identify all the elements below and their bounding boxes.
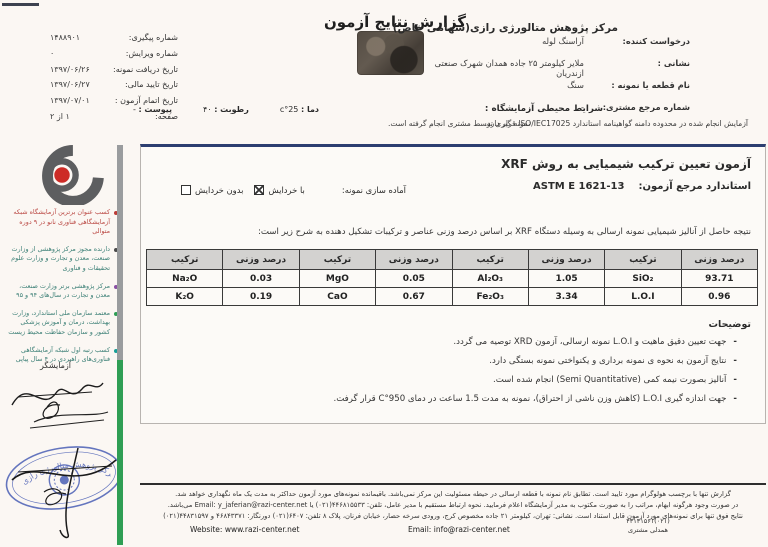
- results-header-cell: درصد وزنی: [223, 250, 299, 270]
- standard-row: استاندارد مرجع آزمون: ASTM E 1621-13: [533, 181, 751, 192]
- field-value: ۱ از ۲: [50, 112, 70, 128]
- results-header-cell: درصد وزنی: [528, 250, 604, 270]
- dash-bullet: -: [733, 337, 737, 347]
- compound-cell: Al₂O₃: [452, 270, 528, 288]
- lab-conditions-values: دما : 25°c رطوبت : ۴۰ پیوست : -: [133, 105, 319, 114]
- note-item: - نتایج آزمون به نحوه ی نمونه برداری و ی…: [177, 356, 737, 366]
- field-row: صفحه: ۱ از ۲: [50, 112, 178, 128]
- note-text: نتایج آزمون به نحوه ی نمونه برداری و یکن…: [489, 356, 726, 366]
- website-url[interactable]: www.razi-center.net: [225, 525, 300, 534]
- compound-cell: K₂O: [147, 288, 223, 306]
- weight-percent-cell: 1.05: [528, 270, 604, 288]
- field-row: تاریخ دریافت نمونه: ۱۳۹۷/۰۶/۲۶: [50, 65, 178, 81]
- attachment-field: پیوست : -: [133, 105, 172, 114]
- field-row: تاریخ تایید مالی: ۱۳۹۷/۰۶/۲۷: [50, 80, 178, 96]
- email-address[interactable]: info@razi-center.net: [434, 525, 510, 534]
- compound-cell: L.O.I: [605, 288, 681, 306]
- customer-hotline: ۴۴۱۴۱۵۶۱(۰۲۱) همدلی مشتری: [612, 517, 684, 535]
- field-row: نام قطعه یا نمونه : سنگ: [410, 80, 690, 102]
- note-text: آنالیز بصورت نیمه کمی (Semi Quantitative…: [493, 375, 726, 385]
- note-text: جهت اندازه گیری L.O.I (کاهش وزن ناشی از …: [334, 394, 727, 404]
- compound-cell: SiO₂: [605, 270, 681, 288]
- divider-bar-gray: [117, 145, 123, 360]
- results-intro: نتیجه حاصل از آنالیز شیمیایی نمونه ارسال…: [258, 227, 751, 237]
- results-header-cell: ترکیب: [147, 250, 223, 270]
- email-label: Email:: [408, 525, 431, 534]
- footer-line: گزارش تنها با برچسب هولوگرام مورد تایید …: [140, 489, 766, 500]
- note-text: جهت تعیین دقیق ماهیت و L.O.I نمونه ارسال…: [453, 337, 726, 347]
- field-row: شماره ویرایش: ۰: [50, 49, 178, 65]
- field-label: شماره مرجع مشتری:: [598, 102, 690, 112]
- report-body-box: آزمون تعیین ترکیب شیمیایی به روش XRF است…: [140, 144, 766, 424]
- weight-percent-cell: 0.96: [681, 288, 757, 306]
- dash-bullet: -: [733, 375, 737, 385]
- org-name: مرکز پژوهش متالورژی رازی(سهامی خاص): [393, 22, 618, 34]
- scanned-report-page: گزارش نتایج آزمون مرکز پژوهش متالورژی را…: [0, 0, 768, 547]
- footer-separator: [140, 483, 766, 485]
- prep-option-label: بدون خردایش: [195, 185, 243, 195]
- field-value: سنگ: [567, 80, 584, 90]
- results-table-head-row: ترکیبدرصد وزنیترکیبدرصد وزنیترکیبدرصد وز…: [147, 250, 758, 270]
- compound-cell: Na₂O: [147, 270, 223, 288]
- email-field: Email: info@razi-center.net: [408, 525, 510, 534]
- standard-label: استاندارد مرجع آزمون:: [638, 181, 751, 192]
- field-value: ۰: [50, 49, 54, 65]
- badge-item: معتمد سازمان ملی استاندارد، وزارت بهداشت…: [6, 309, 118, 338]
- standard-value: ASTM E 1621-13: [533, 181, 624, 192]
- field-label: تاریخ دریافت نمونه:: [113, 65, 178, 81]
- temperature-field: دما : 25°c: [280, 105, 319, 114]
- field-value: آراسنگ لوله: [542, 36, 584, 46]
- field-row: درخواست کننده: آراسنگ لوله: [410, 36, 690, 58]
- weight-percent-cell: 0.67: [376, 288, 452, 306]
- without-crushing-checkbox[interactable]: [181, 185, 191, 195]
- lab-conditions-label: شرایط محیطی آزمایشگاه :: [485, 104, 603, 114]
- accreditation-badges: کسب عنوان برترین آزمایشگاه شبکه آزمایشگا…: [6, 208, 118, 373]
- razi-center-logo: [16, 145, 108, 205]
- field-row: نشانی : ملایر کیلومتر ۲۵ جاده همدان شهرک…: [410, 58, 690, 80]
- divider-bar-green: [117, 360, 123, 545]
- results-table-row: K₂O0.19CaO0.67Fe₂O₃3.34L.O.I0.96: [147, 288, 758, 306]
- field-row: شماره پیگیری: ۱۴۸۸۹۰۱: [50, 33, 178, 49]
- footer-line: در صورت وجود هرگونه ابهام، مراتب را به ص…: [140, 500, 766, 511]
- test-title: آزمون تعیین ترکیب شیمیایی به روش XRF: [501, 157, 751, 171]
- badge-text: مرکز پژوهشی برتر وزارت صنعت، معدن و تجار…: [6, 282, 110, 301]
- field-label: شماره پیگیری:: [129, 33, 178, 49]
- sample-prep-row: آماده سازی نمونه: با خردایش بدون خردایش: [181, 185, 406, 195]
- results-header-cell: درصد وزنی: [376, 250, 452, 270]
- results-header-cell: ترکیب: [452, 250, 528, 270]
- note-item: - آنالیز بصورت نیمه کمی (Semi Quantitati…: [177, 375, 737, 385]
- note-item: - جهت تعیین دقیق ماهیت و L.O.I نمونه ارس…: [177, 337, 737, 347]
- weight-percent-cell: 3.34: [528, 288, 604, 306]
- field-label: تاریخ تایید مالی:: [125, 80, 178, 96]
- compound-cell: CaO: [299, 288, 375, 306]
- prep-label: آماده سازی نمونه:: [342, 185, 406, 195]
- field-value: ۱۳۹۷/۰۶/۲۶: [50, 65, 90, 81]
- hotline-phone: ۴۴۱۴۱۵۶۱(۰۲۱): [612, 517, 684, 526]
- compound-cell: Fe₂O₃: [452, 288, 528, 306]
- note-item: - جهت اندازه گیری L.O.I (کاهش وزن ناشی ا…: [177, 394, 737, 404]
- field-label: درخواست کننده:: [598, 36, 690, 46]
- sampling-note: نمونه گیری توسط مشتری انجام گرفته است.: [388, 119, 530, 128]
- website-label: Website:: [190, 525, 222, 534]
- field-value: ۱۴۸۸۹۰۱: [50, 33, 80, 49]
- notes-list: - جهت تعیین دقیق ماهیت و L.O.I نمونه ارس…: [177, 337, 737, 413]
- prep-option-label: با خردایش: [268, 185, 304, 195]
- compound-cell: MgO: [299, 270, 375, 288]
- badge-text: دارنده مجوز مرکز پژوهشی از وزارت صنعت، م…: [6, 245, 110, 274]
- field-label: صفحه:: [155, 112, 178, 128]
- badge-text: معتمد سازمان ملی استاندارد، وزارت بهداشت…: [6, 309, 110, 338]
- website-field: Website: www.razi-center.net: [190, 525, 299, 534]
- badge-item: مرکز پژوهشی برتر وزارت صنعت، معدن و تجار…: [6, 282, 118, 301]
- weight-percent-cell: 0.03: [223, 270, 299, 288]
- badge-text: کسب عنوان برترین آزمایشگاه شبکه آزمایشگا…: [6, 208, 110, 237]
- notes-title: توضیحات: [708, 319, 751, 330]
- field-label: نشانی :: [598, 58, 690, 68]
- results-table: ترکیبدرصد وزنیترکیبدرصد وزنیترکیبدرصد وز…: [146, 249, 758, 306]
- results-header-cell: ترکیب: [299, 250, 375, 270]
- results-table-body: Na₂O0.03MgO0.05Al₂O₃1.05SiO₂93.71K₂O0.19…: [147, 270, 758, 306]
- with-crushing-checkbox[interactable]: [254, 185, 264, 195]
- badge-item: کسب عنوان برترین آزمایشگاه شبکه آزمایشگا…: [6, 208, 118, 237]
- prep-option-with-crushing: با خردایش: [254, 185, 304, 195]
- humidity-field: رطوبت : ۴۰: [203, 105, 249, 114]
- dash-bullet: -: [733, 356, 737, 366]
- weight-percent-cell: 0.05: [376, 270, 452, 288]
- results-header-cell: درصد وزنی: [681, 250, 757, 270]
- field-value: ۱۳۹۷/۰۷/۰۱: [50, 96, 90, 112]
- scan-edge-mark: [2, 3, 39, 6]
- results-table-row: Na₂O0.03MgO0.05Al₂O₃1.05SiO₂93.71: [147, 270, 758, 288]
- weight-percent-cell: 0.19: [223, 288, 299, 306]
- badge-item: دارنده مجوز مرکز پژوهشی از وزارت صنعت، م…: [6, 245, 118, 274]
- field-value: ملایر کیلومتر ۲۵ جاده همدان شهرک صنعتی ا…: [419, 58, 584, 78]
- field-value: ۱۳۹۷/۰۶/۲۷: [50, 80, 90, 96]
- hotline-label: همدلی مشتری: [612, 526, 684, 535]
- results-header-cell: ترکیب: [605, 250, 681, 270]
- field-label: نام قطعه یا نمونه :: [598, 80, 690, 90]
- field-label: شماره ویرایش:: [126, 49, 178, 65]
- weight-percent-cell: 93.71: [681, 270, 757, 288]
- dash-bullet: -: [733, 394, 737, 404]
- prep-option-without-crushing: بدون خردایش: [181, 185, 243, 195]
